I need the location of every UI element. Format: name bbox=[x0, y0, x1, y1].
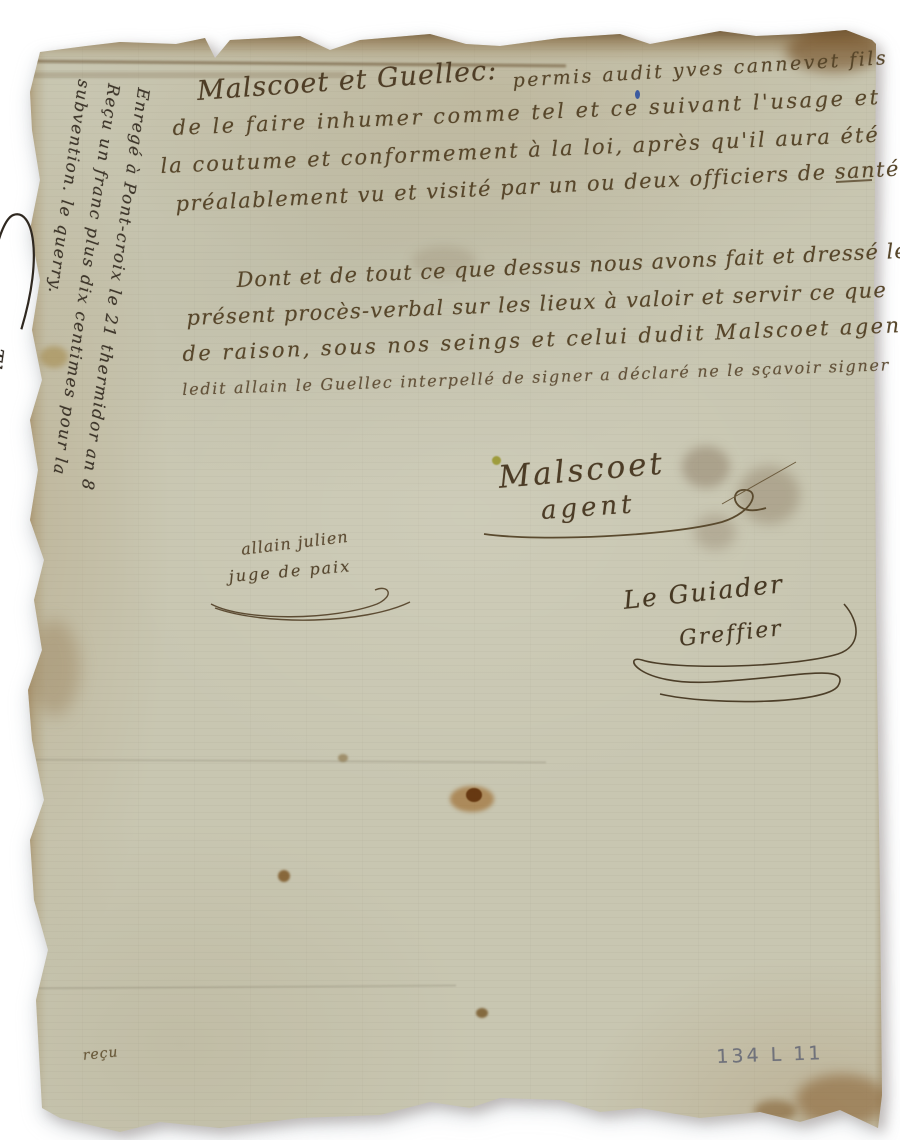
rust-spot-core bbox=[466, 788, 482, 802]
fold-crease bbox=[26, 984, 456, 989]
archival-reference: 134 L 11 bbox=[716, 1042, 824, 1068]
clerk-signature-flourish bbox=[612, 598, 872, 708]
right-edge-shade bbox=[874, 28, 882, 1132]
speck bbox=[476, 1008, 488, 1018]
speck bbox=[278, 870, 290, 882]
margin-signature: Themanin bbox=[0, 347, 7, 461]
corner-stain bbox=[796, 1074, 888, 1126]
fold-crease bbox=[26, 759, 546, 764]
corner-stain bbox=[754, 1100, 796, 1122]
edge-blotch bbox=[28, 620, 80, 716]
judge-signature-flourish bbox=[205, 578, 420, 630]
speck bbox=[338, 754, 348, 762]
agent-signature-flourish bbox=[470, 438, 800, 553]
